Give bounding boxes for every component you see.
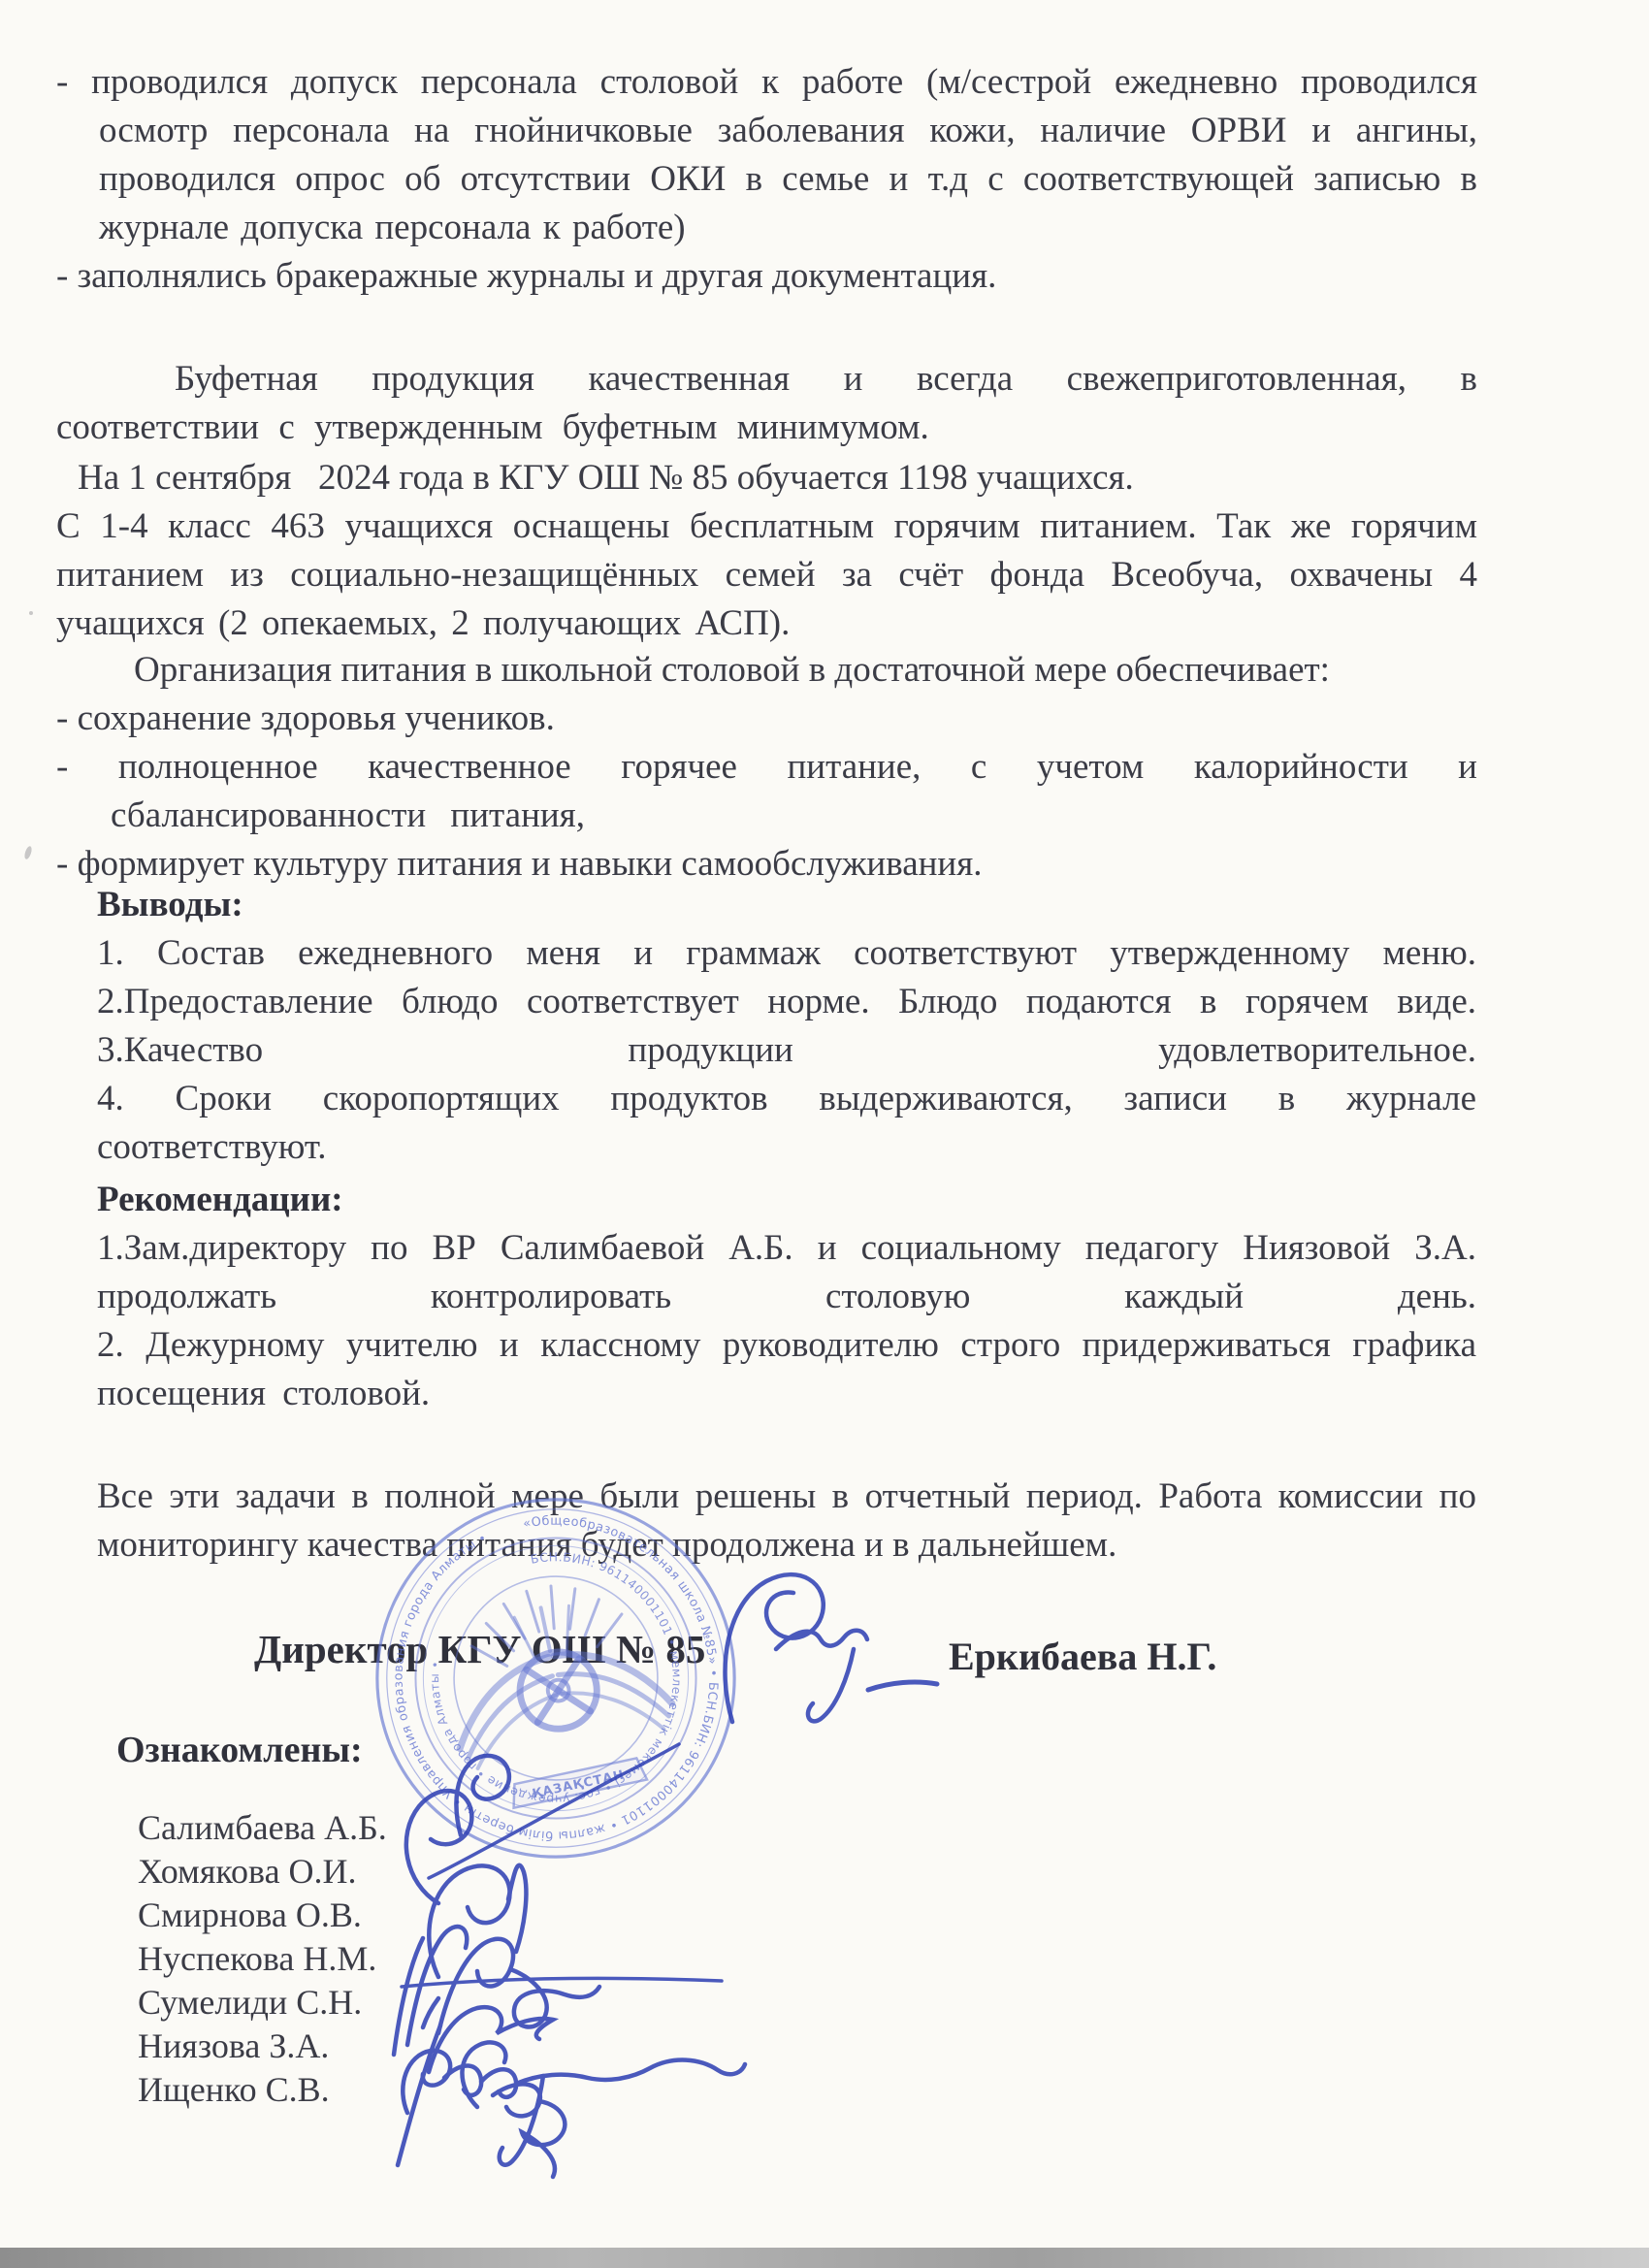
acknowledged-name: Сумелиди С.Н. xyxy=(138,1981,387,2025)
recommendation-item: 2. Дежурному учителю и классному руковод… xyxy=(97,1321,1476,1418)
bullet-line: - полноценное качественное горячее питан… xyxy=(56,743,1477,840)
organization-line: Организация питания в школьной столовой … xyxy=(56,646,1477,695)
director-signature-icon xyxy=(726,1574,937,1722)
conclusion-item: 3.Качество продукции удовлетворительное. xyxy=(97,1026,1476,1075)
grades-meals-paragraph: С 1-4 класс 463 учащихся оснащены беспла… xyxy=(56,502,1477,648)
scanned-document-page: - проводился допуск персонала столовой к… xyxy=(0,0,1649,2268)
conclusion-item: 4. Сроки скоропортящих продуктов выдержи… xyxy=(97,1075,1476,1172)
official-round-stamp: «Общеобразовательная школа №85» • БСН.БИ… xyxy=(369,1491,743,1865)
scan-speck xyxy=(29,611,33,615)
acknowledged-names-list: Салимбаева А.Б.Хомякова О.И.Смирнова О.В… xyxy=(138,1806,387,2112)
recommendations-list: 1.Зам.директору по ВР Салимбаевой А.Б. и… xyxy=(97,1224,1476,1418)
conclusion-item: 1. Состав ежедневного меня и граммаж соо… xyxy=(97,929,1476,978)
recommendation-item: 1.Зам.директору по ВР Салимбаевой А.Б. и… xyxy=(97,1224,1476,1321)
bullet-line: - проводился допуск персонала столовой к… xyxy=(56,58,1477,252)
niyazova-signature-icon xyxy=(423,1998,553,2072)
acknowledged-name: Салимбаева А.Б. xyxy=(138,1806,387,1850)
conclusion-item: 2.Предоставление блюдо соответствует нор… xyxy=(97,978,1476,1026)
director-name: Еркибаева Н.Г. xyxy=(949,1634,1216,1679)
sumelidi-signature-icon xyxy=(403,2051,745,2165)
provision-bullets: - сохранение здоровья учеников.- полноце… xyxy=(56,695,1477,889)
scanner-edge-strip xyxy=(0,2248,1649,2268)
acknowledged-name: Ниязова З.А. xyxy=(138,2025,387,2068)
scan-speck xyxy=(23,845,33,859)
closing-paragraph: Все эти задачи в полной мере были решены… xyxy=(97,1473,1476,1570)
recommendations-section: Рекомендации: 1.Зам.директору по ВР Сали… xyxy=(97,1176,1476,1418)
bullet-line: - заполнялись бракеражные журналы и друг… xyxy=(56,252,1477,301)
conclusions-section: Выводы: 1. Состав ежедневного меня и гра… xyxy=(97,881,1476,1172)
conclusions-list: 1. Состав ежедневного меня и граммаж соо… xyxy=(97,929,1476,1172)
acknowledged-heading: Ознакомлены: xyxy=(116,1729,363,1771)
conclusions-heading: Выводы: xyxy=(97,881,1476,929)
acknowledged-name: Хомякова О.И. xyxy=(138,1850,387,1894)
smirnova-signature-icon xyxy=(402,1865,722,1987)
acknowledged-name: Смирнова О.В. xyxy=(138,1894,387,1937)
enrollment-line: На 1 сентября 2024 года в КГУ ОШ № 85 об… xyxy=(78,454,1477,502)
buffet-paragraph: Буфетная продукция качественная и всегда… xyxy=(56,355,1477,452)
bullet-line: - сохранение здоровья учеников. xyxy=(56,695,1477,743)
acknowledged-name: Нуспекова Н.М. xyxy=(138,1937,387,1981)
recommendations-heading: Рекомендации: xyxy=(97,1176,1476,1224)
ishchenko-signature-icon xyxy=(398,2025,565,2177)
nuspekova-signature-icon xyxy=(394,1927,599,2055)
acknowledged-name: Ищенко С.В. xyxy=(138,2068,387,2112)
staff-admission-bullets: - проводился допуск персонала столовой к… xyxy=(56,58,1477,301)
